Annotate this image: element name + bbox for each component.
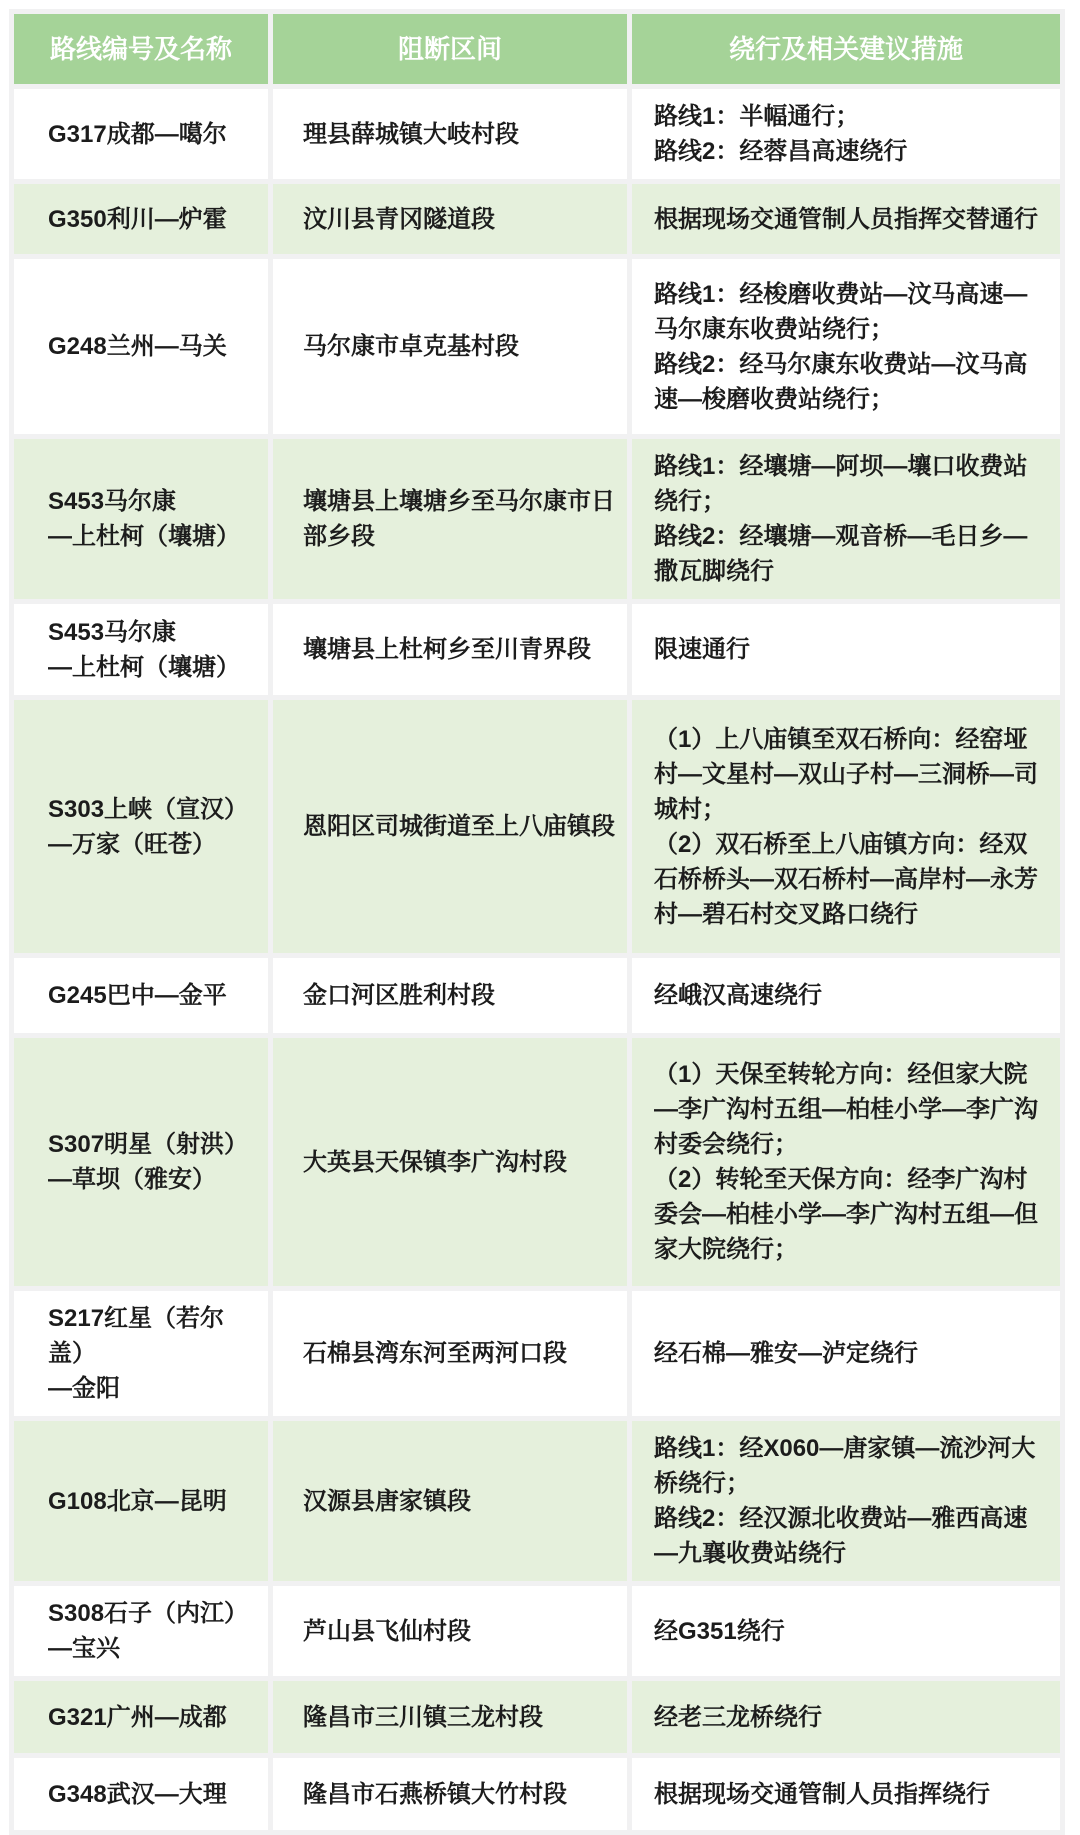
col-header-route: 路线编号及名称	[14, 14, 268, 84]
road-closure-table: 路线编号及名称 阻断区间 绕行及相关建议措施 G317成都—噶尔理县薛城镇大岐村…	[9, 9, 1065, 1835]
route-cell: S303上峡（宣汉）—万家（旺苍）	[14, 700, 268, 953]
table-row: S453马尔康—上杜柯（壤塘）壤塘县上杜柯乡至川青界段限速通行	[14, 604, 1060, 695]
table-row: S307明星（射洪）—草坝（雅安）大英县天保镇李广沟村段（1）天保至转轮方向：经…	[14, 1038, 1060, 1286]
table-row: S308石子（内江）—宝兴芦山县飞仙村段经G351绕行	[14, 1586, 1060, 1676]
route-cell: G248兰州—马关	[14, 259, 268, 434]
detour-cell: 根据现场交通管制人员指挥交替通行	[632, 184, 1060, 254]
section-cell: 壤塘县上壤塘乡至马尔康市日部乡段	[273, 439, 627, 599]
detour-cell: 路线1：经壤塘—阿坝—壤口收费站绕行；路线2：经壤塘—观音桥—毛日乡—撒瓦脚绕行	[632, 439, 1060, 599]
route-cell: G321广州—成都	[14, 1681, 268, 1753]
section-cell: 马尔康市卓克基村段	[273, 259, 627, 434]
route-cell: S307明星（射洪）—草坝（雅安）	[14, 1038, 268, 1286]
table-row: G245巴中—金平金口河区胜利村段经峨汉高速绕行	[14, 958, 1060, 1033]
detour-cell: （1）上八庙镇至双石桥向：经窑垭村—文星村—双山子村—三洞桥—司城村；（2）双石…	[632, 700, 1060, 953]
section-cell: 石棉县湾东河至两河口段	[273, 1291, 627, 1416]
section-cell: 壤塘县上杜柯乡至川青界段	[273, 604, 627, 695]
section-cell: 芦山县飞仙村段	[273, 1586, 627, 1676]
table-row: G321广州—成都隆昌市三川镇三龙村段经老三龙桥绕行	[14, 1681, 1060, 1753]
col-header-detour: 绕行及相关建议措施	[632, 14, 1060, 84]
route-cell: S308石子（内江）—宝兴	[14, 1586, 268, 1676]
route-cell: S217红星（若尔盖）—金阳	[14, 1291, 268, 1416]
table-row: G348武汉—大理隆昌市石燕桥镇大竹村段根据现场交通管制人员指挥绕行	[14, 1758, 1060, 1830]
section-cell: 隆昌市三川镇三龙村段	[273, 1681, 627, 1753]
detour-cell: 限速通行	[632, 604, 1060, 695]
header-row: 路线编号及名称 阻断区间 绕行及相关建议措施	[14, 14, 1060, 84]
detour-cell: 根据现场交通管制人员指挥绕行	[632, 1758, 1060, 1830]
route-cell: G108北京—昆明	[14, 1421, 268, 1581]
route-cell: G348武汉—大理	[14, 1758, 268, 1830]
detour-cell: 路线1：经X060—唐家镇—流沙河大桥绕行；路线2：经汉源北收费站—雅西高速—九…	[632, 1421, 1060, 1581]
table-row: S453马尔康—上杜柯（壤塘）壤塘县上壤塘乡至马尔康市日部乡段路线1：经壤塘—阿…	[14, 439, 1060, 599]
detour-cell: 经峨汉高速绕行	[632, 958, 1060, 1033]
route-cell: S453马尔康—上杜柯（壤塘）	[14, 439, 268, 599]
section-cell: 大英县天保镇李广沟村段	[273, 1038, 627, 1286]
section-cell: 理县薛城镇大岐村段	[273, 89, 627, 179]
page: 路线编号及名称 阻断区间 绕行及相关建议措施 G317成都—噶尔理县薛城镇大岐村…	[0, 0, 1080, 1835]
route-cell: G350利川—炉霍	[14, 184, 268, 254]
detour-cell: 路线1：半幅通行；路线2：经蓉昌高速绕行	[632, 89, 1060, 179]
table-row: S217红星（若尔盖）—金阳石棉县湾东河至两河口段经石棉—雅安—泸定绕行	[14, 1291, 1060, 1416]
table-body: G317成都—噶尔理县薛城镇大岐村段路线1：半幅通行；路线2：经蓉昌高速绕行G3…	[14, 89, 1060, 1830]
table-row: G350利川—炉霍汶川县青冈隧道段根据现场交通管制人员指挥交替通行	[14, 184, 1060, 254]
table-row: G108北京—昆明汉源县唐家镇段路线1：经X060—唐家镇—流沙河大桥绕行；路线…	[14, 1421, 1060, 1581]
detour-cell: 经G351绕行	[632, 1586, 1060, 1676]
detour-cell: 经老三龙桥绕行	[632, 1681, 1060, 1753]
table-row: S303上峡（宣汉）—万家（旺苍）恩阳区司城街道至上八庙镇段（1）上八庙镇至双石…	[14, 700, 1060, 953]
col-header-section: 阻断区间	[273, 14, 627, 84]
route-cell: G245巴中—金平	[14, 958, 268, 1033]
section-cell: 恩阳区司城街道至上八庙镇段	[273, 700, 627, 953]
section-cell: 汉源县唐家镇段	[273, 1421, 627, 1581]
route-cell: G317成都—噶尔	[14, 89, 268, 179]
route-cell: S453马尔康—上杜柯（壤塘）	[14, 604, 268, 695]
detour-cell: 经石棉—雅安—泸定绕行	[632, 1291, 1060, 1416]
section-cell: 隆昌市石燕桥镇大竹村段	[273, 1758, 627, 1830]
table-row: G248兰州—马关马尔康市卓克基村段路线1：经梭磨收费站—汶马高速—马尔康东收费…	[14, 259, 1060, 434]
section-cell: 金口河区胜利村段	[273, 958, 627, 1033]
table-row: G317成都—噶尔理县薛城镇大岐村段路线1：半幅通行；路线2：经蓉昌高速绕行	[14, 89, 1060, 179]
detour-cell: 路线1：经梭磨收费站—汶马高速—马尔康东收费站绕行；路线2：经马尔康东收费站—汶…	[632, 259, 1060, 434]
detour-cell: （1）天保至转轮方向：经但家大院—李广沟村五组—柏桂小学—李广沟村委会绕行；（2…	[632, 1038, 1060, 1286]
section-cell: 汶川县青冈隧道段	[273, 184, 627, 254]
